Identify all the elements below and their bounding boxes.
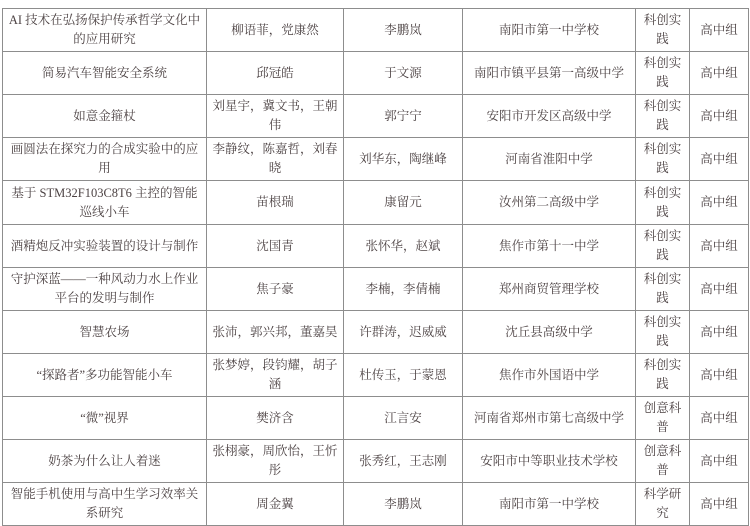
cell-category: 科创实践 xyxy=(636,9,690,52)
table-row: 守护深蓝——一种风动力水上作业平台的发明与制作焦子豪李楠，李倩楠郑州商贸管理学校… xyxy=(3,268,749,311)
cell-project-title: 智慧农场 xyxy=(3,311,207,354)
table-row: 智慧农场张沛，郭兴邦，董嘉昊许群涛，迟威威沈丘县高级中学科创实践高中组 xyxy=(3,311,749,354)
cell-instructor-names: 康留元 xyxy=(344,181,463,225)
cell-school-name: 焦作市第十一中学 xyxy=(463,225,636,268)
cell-group: 高中组 xyxy=(690,397,749,440)
cell-instructor-names: 杜传玉，于蒙恩 xyxy=(344,354,463,397)
cell-student-names: 张沛，郭兴邦，董嘉昊 xyxy=(207,311,344,354)
cell-school-name: 安阳市开发区高级中学 xyxy=(463,95,636,138)
cell-school-name: 河南省淮阳中学 xyxy=(463,138,636,181)
table-row: AI 技术在弘扬保护传承哲学文化中的应用研究柳语菲，党康然李鹏岚南阳市第一中学校… xyxy=(3,9,749,52)
cell-group: 高中组 xyxy=(690,225,749,268)
cell-student-names: 刘星宇，冀文书，王朝伟 xyxy=(207,95,344,138)
table-row: 画圆法在探究力的合成实验中的应用李静纹，陈嘉哲，刘春晓刘华东，陶继峰河南省淮阳中… xyxy=(3,138,749,181)
cell-instructor-names: 张怀华，赵斌 xyxy=(344,225,463,268)
awards-table: AI 技术在弘扬保护传承哲学文化中的应用研究柳语菲，党康然李鹏岚南阳市第一中学校… xyxy=(2,8,749,526)
table-row: “探路者”多功能智能小车张梦婷，段钧耀，胡子涵杜传玉，于蒙恩焦作市外国语中学科创… xyxy=(3,354,749,397)
cell-group: 高中组 xyxy=(690,9,749,52)
cell-project-title: 守护深蓝——一种风动力水上作业平台的发明与制作 xyxy=(3,268,207,311)
cell-instructor-names: 张秀红，王志刚 xyxy=(344,440,463,483)
cell-group: 高中组 xyxy=(690,138,749,181)
cell-school-name: 安阳市中等职业技术学校 xyxy=(463,440,636,483)
cell-category: 科学研究 xyxy=(636,483,690,526)
table-row: “微”视界樊济含江言安河南省郑州市第七高级中学创意科普高中组 xyxy=(3,397,749,440)
table-row: 如意金箍杖刘星宇，冀文书，王朝伟郭宁宁安阳市开发区高级中学科创实践高中组 xyxy=(3,95,749,138)
cell-student-names: 沈国青 xyxy=(207,225,344,268)
cell-student-names: 邱冠皓 xyxy=(207,52,344,95)
cell-group: 高中组 xyxy=(690,483,749,526)
cell-instructor-names: 许群涛，迟威威 xyxy=(344,311,463,354)
cell-student-names: 樊济含 xyxy=(207,397,344,440)
cell-category: 创意科普 xyxy=(636,440,690,483)
cell-school-name: 南阳市第一中学校 xyxy=(463,9,636,52)
cell-instructor-names: 刘华东，陶继峰 xyxy=(344,138,463,181)
cell-project-title: AI 技术在弘扬保护传承哲学文化中的应用研究 xyxy=(3,9,207,52)
cell-school-name: 南阳市镇平县第一高级中学 xyxy=(463,52,636,95)
cell-school-name: 河南省郑州市第七高级中学 xyxy=(463,397,636,440)
cell-category: 科创实践 xyxy=(636,311,690,354)
cell-group: 高中组 xyxy=(690,354,749,397)
cell-project-title: 简易汽车智能安全系统 xyxy=(3,52,207,95)
cell-category: 科创实践 xyxy=(636,181,690,225)
table-row: 简易汽车智能安全系统邱冠皓于文源南阳市镇平县第一高级中学科创实践高中组 xyxy=(3,52,749,95)
cell-project-title: 画圆法在探究力的合成实验中的应用 xyxy=(3,138,207,181)
cell-group: 高中组 xyxy=(690,440,749,483)
cell-school-name: 郑州商贸管理学校 xyxy=(463,268,636,311)
table-row: 酒精炮反冲实验装置的设计与制作沈国青张怀华，赵斌焦作市第十一中学科创实践高中组 xyxy=(3,225,749,268)
cell-student-names: 张梦婷，段钧耀，胡子涵 xyxy=(207,354,344,397)
cell-instructor-names: 江言安 xyxy=(344,397,463,440)
cell-project-title: 如意金箍杖 xyxy=(3,95,207,138)
cell-student-names: 柳语菲，党康然 xyxy=(207,9,344,52)
cell-group: 高中组 xyxy=(690,268,749,311)
cell-instructor-names: 李鹏岚 xyxy=(344,9,463,52)
cell-category: 科创实践 xyxy=(636,225,690,268)
table-row: 智能手机使用与高中生学习效率关系研究周金翼李鹏岚南阳市第一中学校科学研究高中组 xyxy=(3,483,749,526)
awards-table-container: AI 技术在弘扬保护传承哲学文化中的应用研究柳语菲，党康然李鹏岚南阳市第一中学校… xyxy=(2,8,748,526)
cell-student-names: 周金翼 xyxy=(207,483,344,526)
table-row: 基于 STM32F103C8T6 主控的智能巡线小车苗根瑞康留元汝州第二高级中学… xyxy=(3,181,749,225)
cell-instructor-names: 李鹏岚 xyxy=(344,483,463,526)
cell-group: 高中组 xyxy=(690,95,749,138)
cell-school-name: 沈丘县高级中学 xyxy=(463,311,636,354)
awards-table-body: AI 技术在弘扬保护传承哲学文化中的应用研究柳语菲，党康然李鹏岚南阳市第一中学校… xyxy=(3,9,749,526)
cell-student-names: 苗根瑞 xyxy=(207,181,344,225)
cell-school-name: 汝州第二高级中学 xyxy=(463,181,636,225)
cell-category: 科创实践 xyxy=(636,354,690,397)
cell-instructor-names: 郭宁宁 xyxy=(344,95,463,138)
cell-school-name: 南阳市第一中学校 xyxy=(463,483,636,526)
cell-student-names: 张栩豪，周欣怡，王忻彤 xyxy=(207,440,344,483)
cell-student-names: 焦子豪 xyxy=(207,268,344,311)
cell-instructor-names: 于文源 xyxy=(344,52,463,95)
cell-project-title: 酒精炮反冲实验装置的设计与制作 xyxy=(3,225,207,268)
cell-category: 科创实践 xyxy=(636,95,690,138)
cell-category: 创意科普 xyxy=(636,397,690,440)
cell-category: 科创实践 xyxy=(636,138,690,181)
cell-project-title: 智能手机使用与高中生学习效率关系研究 xyxy=(3,483,207,526)
cell-project-title: 基于 STM32F103C8T6 主控的智能巡线小车 xyxy=(3,181,207,225)
cell-project-title: “探路者”多功能智能小车 xyxy=(3,354,207,397)
cell-group: 高中组 xyxy=(690,311,749,354)
table-row: 奶茶为什么让人着迷张栩豪，周欣怡，王忻彤张秀红，王志刚安阳市中等职业技术学校创意… xyxy=(3,440,749,483)
cell-group: 高中组 xyxy=(690,52,749,95)
cell-project-title: 奶茶为什么让人着迷 xyxy=(3,440,207,483)
cell-category: 科创实践 xyxy=(636,268,690,311)
cell-project-title: “微”视界 xyxy=(3,397,207,440)
cell-student-names: 李静纹，陈嘉哲，刘春晓 xyxy=(207,138,344,181)
cell-group: 高中组 xyxy=(690,181,749,225)
cell-school-name: 焦作市外国语中学 xyxy=(463,354,636,397)
cell-instructor-names: 李楠，李倩楠 xyxy=(344,268,463,311)
cell-category: 科创实践 xyxy=(636,52,690,95)
